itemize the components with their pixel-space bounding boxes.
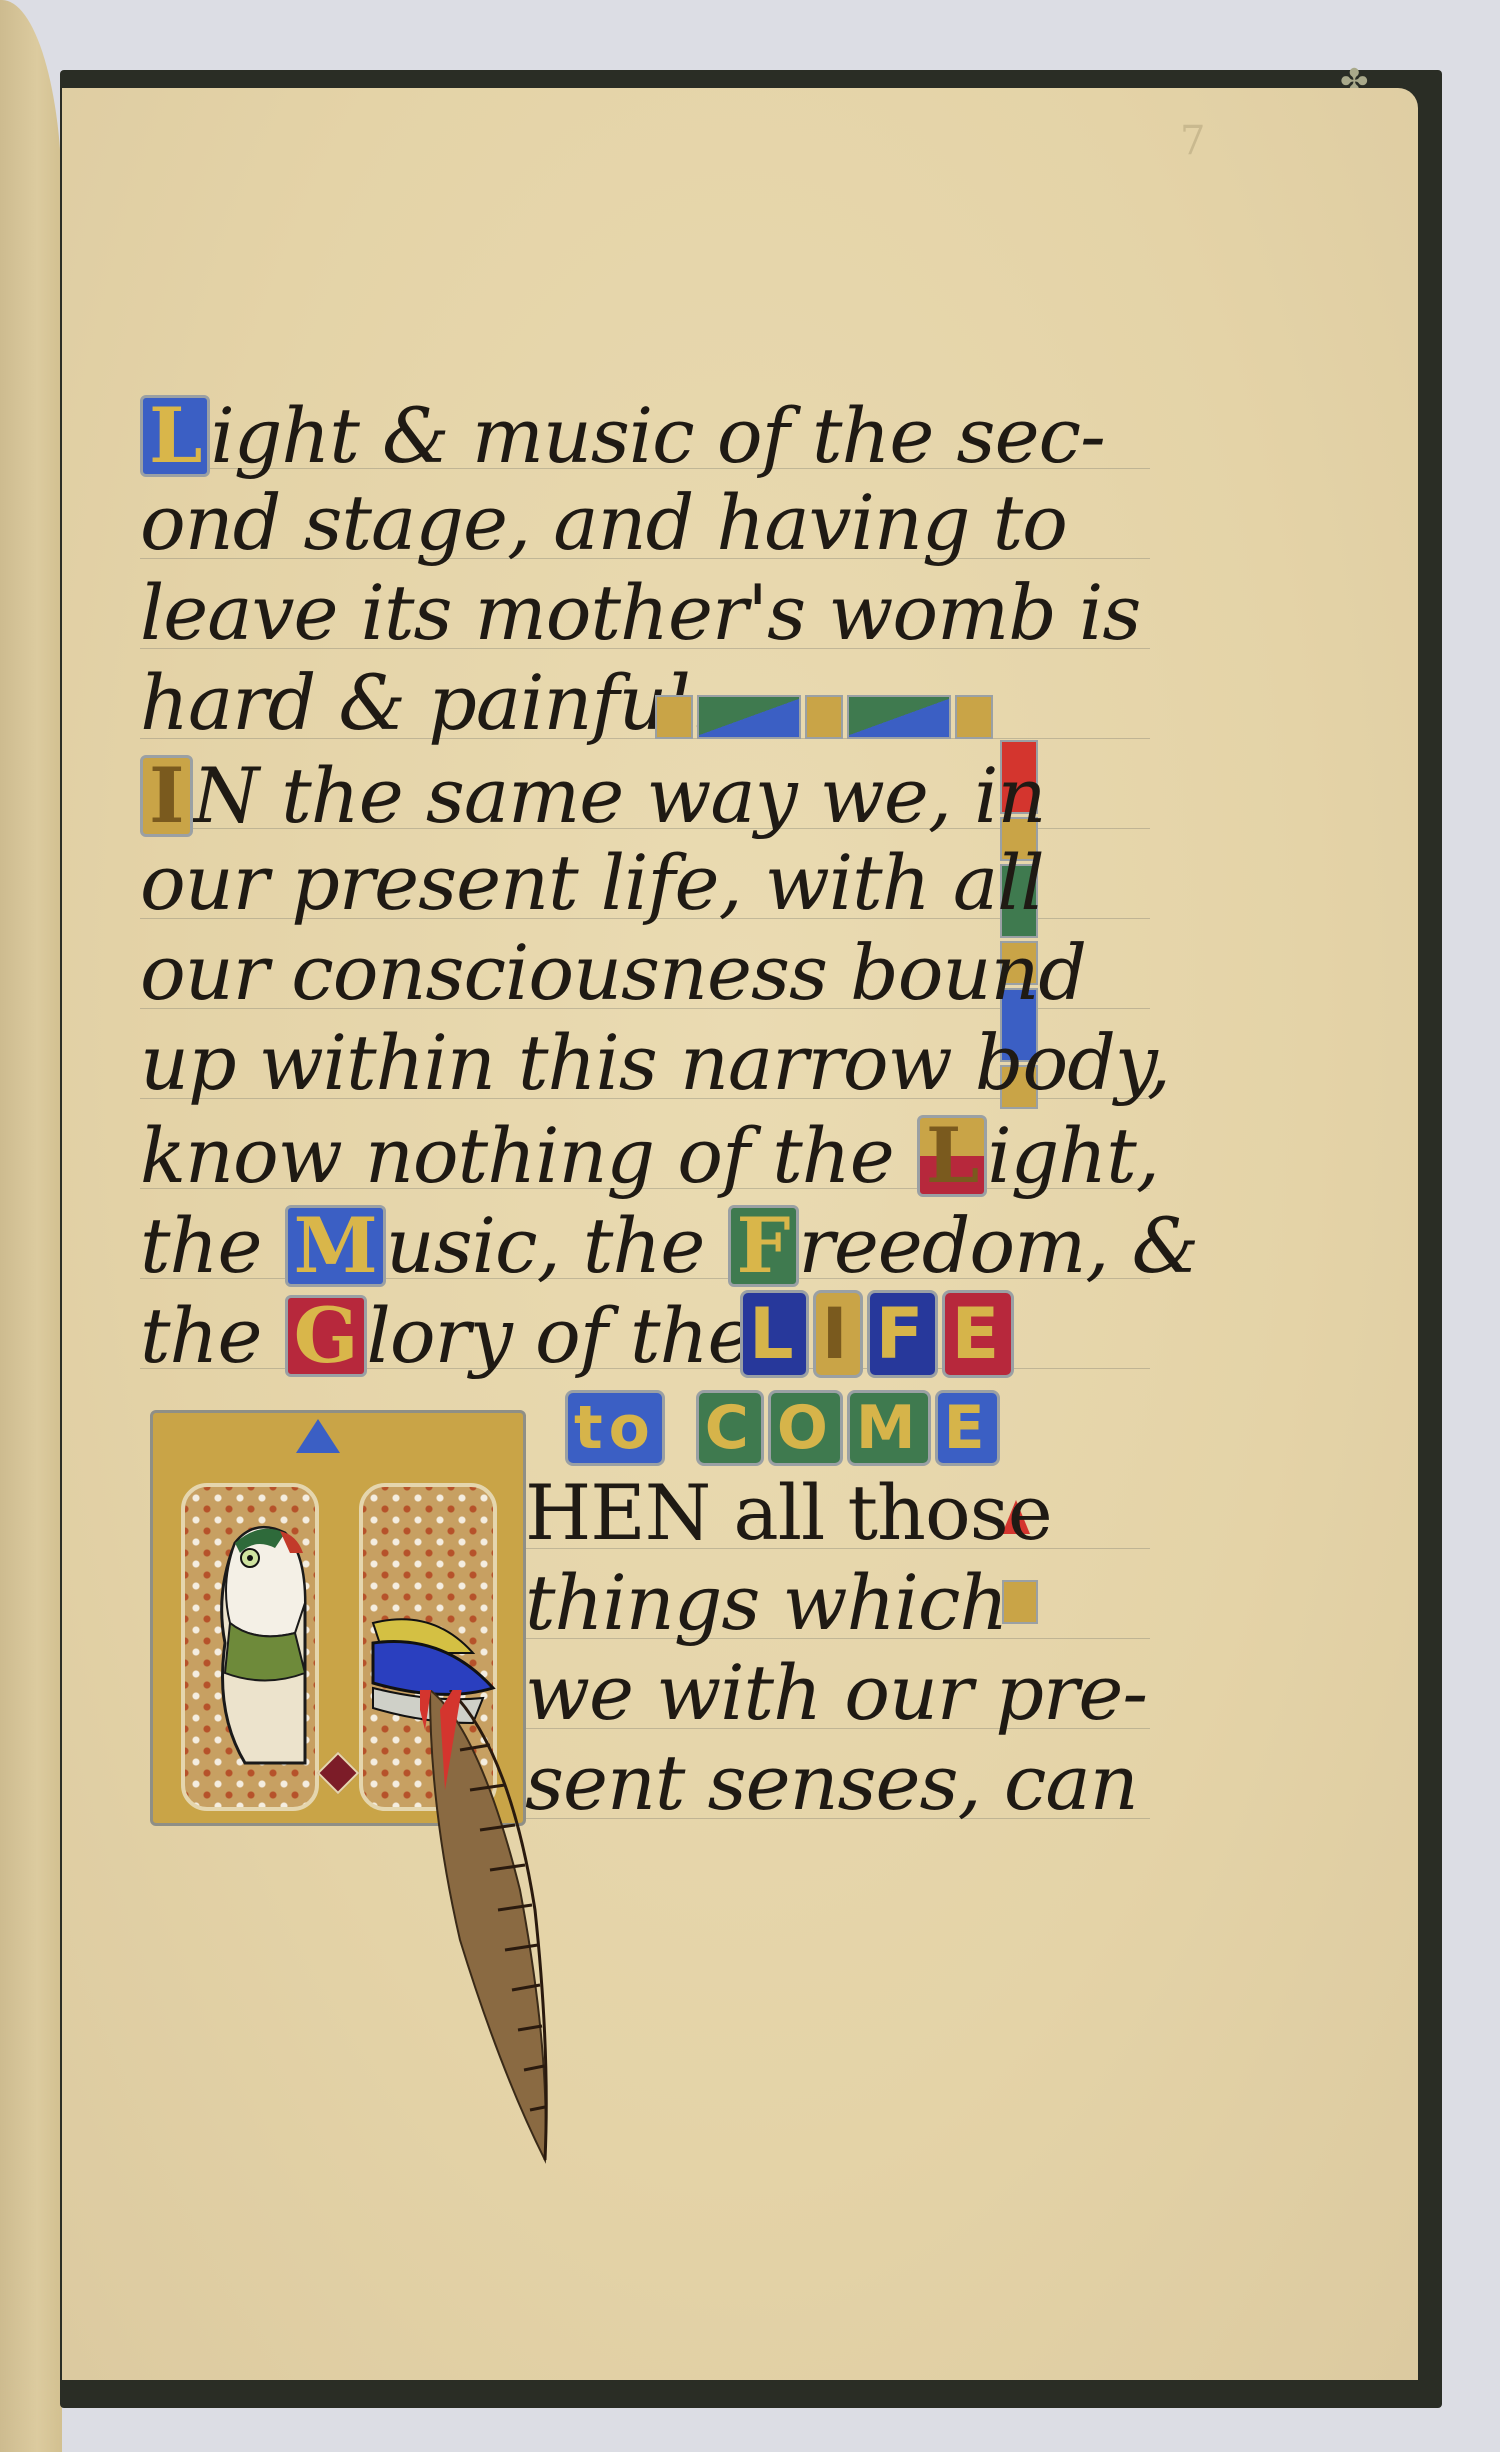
text-line-8: up within this narrow body, xyxy=(140,1025,1170,1101)
text-line-5: IN the same way we, in xyxy=(140,755,1045,837)
zigzag-panel xyxy=(847,695,951,739)
text-line-15: sent senses, can xyxy=(525,1745,1138,1821)
facing-page-edge xyxy=(0,0,62,2452)
text-line-12: HEN all those xyxy=(525,1475,1052,1551)
pheasant-bird-icon xyxy=(205,1513,325,1773)
decorative-border-horizontal xyxy=(655,695,993,735)
illuminated-initial-l-2: L xyxy=(917,1115,987,1197)
text-line-6: our present life, with all xyxy=(140,845,1044,921)
decorated-word-to-come: to COME xyxy=(565,1390,1004,1466)
text-line-13: things which xyxy=(525,1565,1007,1641)
page-number: 7 xyxy=(1180,118,1205,164)
text-line-9: know nothing of the Light, xyxy=(140,1115,1159,1197)
gold-block xyxy=(955,695,993,739)
gold-block xyxy=(805,695,843,739)
zigzag-panel xyxy=(697,695,801,739)
gold-square-icon xyxy=(1002,1580,1038,1624)
gold-block xyxy=(655,695,693,739)
illuminated-initial-f: F xyxy=(728,1205,799,1287)
text-line-1: Light & music of the sec- xyxy=(140,395,1105,477)
text-line-11: the Glory of the xyxy=(140,1295,752,1377)
text-line-3: leave its mother's womb is xyxy=(140,575,1140,651)
text-line-14: we with our pre- xyxy=(525,1655,1147,1731)
decorated-word-life: LIFE xyxy=(740,1290,1018,1378)
text-line-4: hard & painful. xyxy=(140,665,713,741)
text-line-2: ond stage, and having to xyxy=(140,485,1067,561)
illuminated-initial-l: L xyxy=(140,395,210,477)
triangle-icon xyxy=(296,1419,340,1453)
text-line-10: the Music, the Freedom, & xyxy=(140,1205,1198,1287)
text-line-7: our consciousness bound xyxy=(140,935,1086,1011)
illuminated-initial-i: I xyxy=(140,755,193,837)
illuminated-initial-g: G xyxy=(285,1295,367,1377)
illuminated-initial-m: M xyxy=(285,1205,386,1287)
